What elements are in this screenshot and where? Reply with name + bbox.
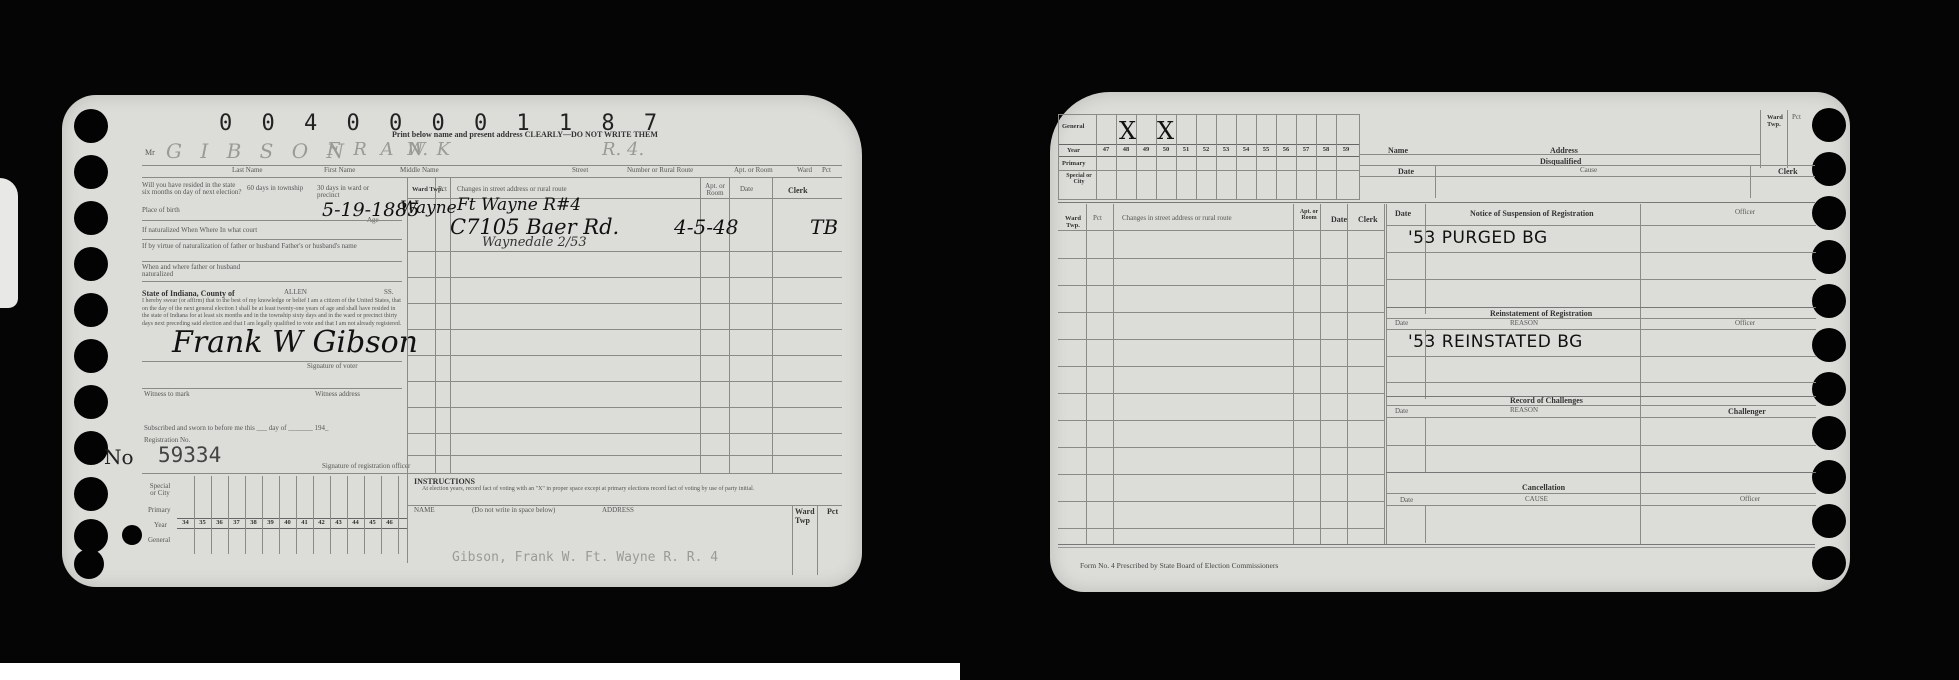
punch-hole — [1812, 240, 1846, 274]
rule — [407, 455, 842, 456]
suspension-entry: '53 PURGED BG — [1408, 228, 1548, 248]
rule — [1386, 396, 1816, 397]
last-name-value: G I B S O N — [166, 139, 350, 163]
grid-label-primary: Primary — [1062, 160, 1085, 167]
rule — [1386, 225, 1816, 226]
rule — [142, 220, 402, 221]
punch-hole — [1812, 546, 1846, 580]
year-cell: 34 — [177, 519, 194, 526]
rule — [262, 476, 263, 554]
footer-do-not-write: (Do not write in space below) — [472, 507, 555, 514]
punch-hole — [1812, 460, 1846, 494]
rule — [1386, 472, 1816, 473]
th-apt: Apt. or Room — [1298, 209, 1320, 221]
punch-hole — [1812, 372, 1846, 406]
ss-label: SS. — [384, 289, 394, 296]
header-instruction: Print below name and present address CLE… — [392, 130, 658, 139]
place-of-birth-label: Place of birth — [142, 207, 180, 214]
adjacent-card-edge — [0, 178, 18, 308]
rule — [1425, 505, 1426, 543]
punch-hole-small — [122, 525, 142, 545]
reinstatement-title: Reinstatement of Registration — [1490, 309, 1592, 318]
rule — [407, 277, 842, 278]
registrar-signature-label: Signature of registration officer — [322, 463, 410, 470]
year-cell: 52 — [1196, 146, 1216, 153]
punch-hole — [74, 519, 108, 553]
rule — [142, 281, 402, 282]
punch-hole — [74, 385, 108, 419]
rule — [1386, 445, 1816, 446]
front-vote-grid: 34 35 36 37 38 39 40 41 42 43 44 45 46 — [177, 476, 407, 554]
punch-hole — [74, 431, 108, 465]
rule — [1096, 115, 1097, 199]
middle-name-value: W. — [407, 139, 428, 160]
punch-hole — [74, 477, 108, 511]
rule — [1384, 204, 1385, 544]
rule — [1320, 204, 1321, 544]
marriage-naturalization-label: If by virtue of naturalization of father… — [142, 243, 402, 250]
punch-hole — [74, 247, 108, 281]
label-pct: Pct — [822, 167, 831, 174]
rule — [1386, 417, 1816, 418]
registration-card-front: 0 0 4 0 0 0 0 1 1 8 7 Print below name a… — [62, 95, 862, 587]
rule — [1386, 493, 1816, 494]
rule — [407, 407, 842, 408]
th-ward: Ward Twp. — [1062, 215, 1084, 229]
instructions-title: INSTRUCTIONS — [414, 477, 475, 486]
rule — [1386, 356, 1816, 357]
naturalized-label: If naturalized When Where In what court — [142, 227, 257, 234]
change-date-2: 4-5-48 — [674, 215, 738, 239]
year-cell: 38 — [245, 519, 262, 526]
punch-hole — [1812, 504, 1846, 538]
punch-hole — [1812, 152, 1846, 186]
reinstatement-entry: '53 REINSTATED BG — [1408, 332, 1583, 352]
rule — [1086, 204, 1087, 544]
year-cell: 40 — [279, 519, 296, 526]
rule — [1058, 474, 1384, 475]
label-cause: Cause — [1580, 167, 1597, 174]
year-cell: 50 — [1156, 146, 1176, 153]
first-name-value: F R A N K — [327, 139, 454, 160]
year-cell: 41 — [296, 519, 313, 526]
rule — [296, 476, 297, 554]
label-pct: Pct — [1792, 114, 1801, 121]
rule — [245, 476, 246, 554]
label-clerk: Clerk — [1778, 167, 1798, 176]
rule — [1116, 115, 1117, 199]
rule — [1386, 252, 1816, 253]
rule — [1058, 447, 1384, 448]
rule — [1059, 170, 1359, 171]
rule — [142, 239, 402, 240]
state-county-label: State of Indiana, County of — [142, 289, 235, 298]
rule — [1236, 115, 1237, 199]
punch-hole — [74, 339, 108, 373]
rule — [1058, 547, 1815, 548]
rule — [1293, 204, 1294, 544]
title-prefix: Mr — [145, 149, 155, 157]
punch-hole — [1812, 196, 1846, 230]
rule — [211, 476, 212, 554]
year-cell: 45 — [364, 519, 381, 526]
rule — [1113, 204, 1114, 544]
th-pct: Pct — [438, 186, 447, 193]
rule — [407, 355, 842, 356]
rule — [1216, 115, 1217, 199]
label-date: Date — [1398, 167, 1414, 176]
year-cell: 37 — [228, 519, 245, 526]
rule — [407, 433, 842, 434]
rule — [1256, 115, 1257, 199]
th-date: Date — [1331, 215, 1347, 224]
grid-label-year: Year — [154, 522, 167, 529]
th-change: Changes in street address or rural route — [457, 186, 567, 193]
rule — [817, 505, 818, 575]
rule — [407, 473, 408, 563]
rule — [1336, 115, 1337, 199]
rule — [1386, 405, 1816, 406]
cancellation-officer-label: Officer — [1740, 496, 1760, 503]
grid-label-year: Year — [1067, 147, 1080, 154]
rule — [313, 476, 314, 554]
rule — [1435, 165, 1436, 198]
punch-hole — [1812, 284, 1846, 318]
rule — [1787, 110, 1788, 168]
rule — [142, 473, 842, 474]
rule — [1386, 505, 1816, 506]
label-last-name: Last Name — [232, 167, 263, 174]
year-cell: 42 — [313, 519, 330, 526]
reinstatement-officer-label: Officer — [1735, 320, 1755, 327]
rule — [1058, 544, 1815, 545]
rule — [1360, 154, 1760, 155]
rule — [407, 329, 842, 330]
rule — [1360, 176, 1815, 177]
rule — [1386, 307, 1816, 308]
punch-hole — [1812, 416, 1846, 450]
rule — [1058, 339, 1384, 340]
rule — [381, 476, 382, 554]
scan-border-strip — [0, 663, 960, 680]
reinstatement-date-label: Date — [1395, 320, 1408, 327]
rule — [142, 177, 842, 178]
year-cell: 58 — [1316, 146, 1336, 153]
rule — [1386, 382, 1816, 383]
year-cell: 44 — [347, 519, 364, 526]
punch-hole — [74, 155, 108, 189]
year-cell: 47 — [1096, 146, 1116, 153]
rule — [142, 261, 402, 262]
cancellation-title: Cancellation — [1522, 483, 1565, 492]
rule — [1347, 204, 1348, 544]
punch-hole — [1812, 328, 1846, 362]
vote-mark-x: X — [1119, 117, 1136, 145]
rule — [330, 476, 331, 554]
year-cell: 51 — [1176, 146, 1196, 153]
rule — [1058, 258, 1384, 259]
year-cell: 35 — [194, 519, 211, 526]
th-apt: Apt. or Room — [705, 183, 725, 198]
label-apt-room: Apt. or Room — [734, 167, 773, 174]
change-clerk-2: TB — [810, 215, 838, 239]
footer-address-label: ADDRESS — [602, 507, 634, 514]
year-cell: 43 — [330, 519, 347, 526]
year-cell: 46 — [381, 519, 398, 526]
ward-value: Wayne — [400, 198, 457, 218]
rule — [1316, 115, 1317, 199]
rule — [1058, 285, 1384, 286]
grid-label-special: Special or City — [1064, 173, 1094, 185]
registration-number: 59334 — [158, 443, 221, 467]
year-cell: 53 — [1216, 146, 1236, 153]
punch-hole — [74, 549, 104, 579]
label-street: Street — [572, 167, 588, 174]
vote-mark-x: X — [1157, 117, 1174, 145]
residence-question: Will you have resided in the state six m… — [142, 182, 242, 197]
th-clerk: Clerk — [1358, 215, 1378, 224]
rule — [1058, 202, 1815, 203]
rule — [1058, 312, 1384, 313]
suspension-date-label: Date — [1395, 209, 1411, 218]
cancellation-cause-label: CAUSE — [1525, 496, 1548, 503]
year-cell: 57 — [1296, 146, 1316, 153]
footer-typed-name: Gibson, Frank W. Ft. Wayne R. R. 4 — [452, 550, 718, 565]
th-clerk: Clerk — [788, 186, 808, 195]
voter-signature: Frank W Gibson — [172, 325, 418, 360]
rule — [1276, 115, 1277, 199]
back-vote-grid: General Year Primary Special or City 47 … — [1058, 114, 1360, 200]
rule — [1059, 144, 1359, 145]
cancellation-date-label: Date — [1400, 497, 1413, 504]
rule — [1386, 279, 1816, 280]
year-cell: 48 — [1116, 146, 1136, 153]
instructions-text: At election years, record fact of voting… — [422, 486, 842, 492]
rule — [1196, 115, 1197, 199]
year-cell: 54 — [1236, 146, 1256, 153]
rule — [1136, 115, 1137, 199]
days-township-label: 60 days in township — [247, 185, 307, 192]
grid-label-general: General — [148, 537, 170, 544]
footer-ward-label: Ward Twp — [795, 507, 815, 525]
rule — [1425, 204, 1426, 314]
year-cell: 36 — [211, 519, 228, 526]
rule — [142, 361, 402, 362]
change-row-1: Ft Wayne R#4 — [457, 195, 581, 215]
rule — [407, 251, 842, 252]
rule — [1760, 110, 1761, 168]
rule — [407, 381, 842, 382]
rule — [279, 476, 280, 554]
label-ward: Ward — [797, 167, 812, 174]
label-ward: Ward Twp. — [1767, 114, 1787, 128]
th-change: Changes in street address or rural route — [1122, 215, 1232, 222]
label-number-route: Number or Rural Route — [627, 167, 693, 174]
when-where-label: When and where father or husband natural… — [142, 264, 262, 279]
year-cell: 49 — [1136, 146, 1156, 153]
rule — [1750, 165, 1751, 198]
county-value: ALLEN — [284, 289, 307, 296]
rule — [792, 505, 793, 575]
grid-label-special: Special or City — [148, 483, 172, 498]
rule — [1058, 420, 1384, 421]
rule — [398, 476, 399, 554]
grid-label-primary: Primary — [148, 507, 171, 514]
registration-card-back: General Year Primary Special or City 47 … — [1050, 92, 1850, 592]
rule — [407, 303, 842, 304]
street-value: R. 4. — [602, 139, 644, 160]
punch-hole — [1812, 108, 1846, 142]
suspension-officer-label: Officer — [1735, 209, 1755, 216]
punch-hole — [74, 293, 108, 327]
rule — [1059, 156, 1359, 157]
rule — [1058, 230, 1384, 231]
number-prefix: No — [104, 445, 134, 469]
rule — [347, 476, 348, 554]
th-pct: Pct — [1093, 215, 1102, 222]
subscribed-label: Subscribed and sworn to before me this _… — [144, 425, 329, 432]
footer-name-label: NAME — [414, 507, 435, 514]
year-cell: 59 — [1336, 146, 1356, 153]
challenges-challenger-label: Challenger — [1728, 407, 1766, 416]
footer-pct-label: Pct — [827, 507, 838, 516]
witness-label: Witness to mark — [144, 391, 190, 398]
rule — [1386, 329, 1816, 330]
th-date: Date — [740, 186, 753, 193]
challenges-title: Record of Challenges — [1510, 396, 1583, 405]
change-row-3: Waynedale 2/53 — [482, 235, 587, 250]
challenges-reason-label: REASON — [1510, 407, 1538, 414]
oath-text: I hereby swear (or affirm) that to the b… — [142, 298, 404, 328]
challenges-date-label: Date — [1395, 408, 1408, 415]
rule — [1058, 501, 1384, 502]
witness-address-label: Witness address — [315, 391, 360, 398]
rule — [194, 476, 195, 554]
punch-hole — [74, 201, 108, 235]
rule — [142, 388, 402, 389]
rule — [1058, 528, 1384, 529]
suspension-title: Notice of Suspension of Registration — [1470, 209, 1594, 218]
signature-label: Signature of voter — [307, 363, 358, 370]
rule — [772, 177, 773, 473]
rule — [364, 476, 365, 554]
year-cell: 55 — [1256, 146, 1276, 153]
days-ward-label: 30 days in ward or precinct — [317, 185, 387, 200]
year-cell: 39 — [262, 519, 279, 526]
label-middle-name: Middle Name — [400, 167, 439, 174]
rule — [1058, 393, 1384, 394]
rule — [435, 177, 436, 473]
rule — [1058, 366, 1384, 367]
reinstatement-reason-label: REASON — [1510, 320, 1538, 327]
form-footer: Form No. 4 Prescribed by State Board of … — [1080, 562, 1278, 570]
year-cell: 56 — [1276, 146, 1296, 153]
rule — [1176, 115, 1177, 199]
punch-hole — [74, 109, 108, 143]
rule — [1296, 115, 1297, 199]
rule — [1360, 165, 1815, 166]
rule — [228, 476, 229, 554]
rule — [407, 177, 408, 473]
rule — [1425, 329, 1426, 399]
label-first-name: First Name — [324, 167, 355, 174]
grid-label-general: General — [1062, 123, 1084, 130]
